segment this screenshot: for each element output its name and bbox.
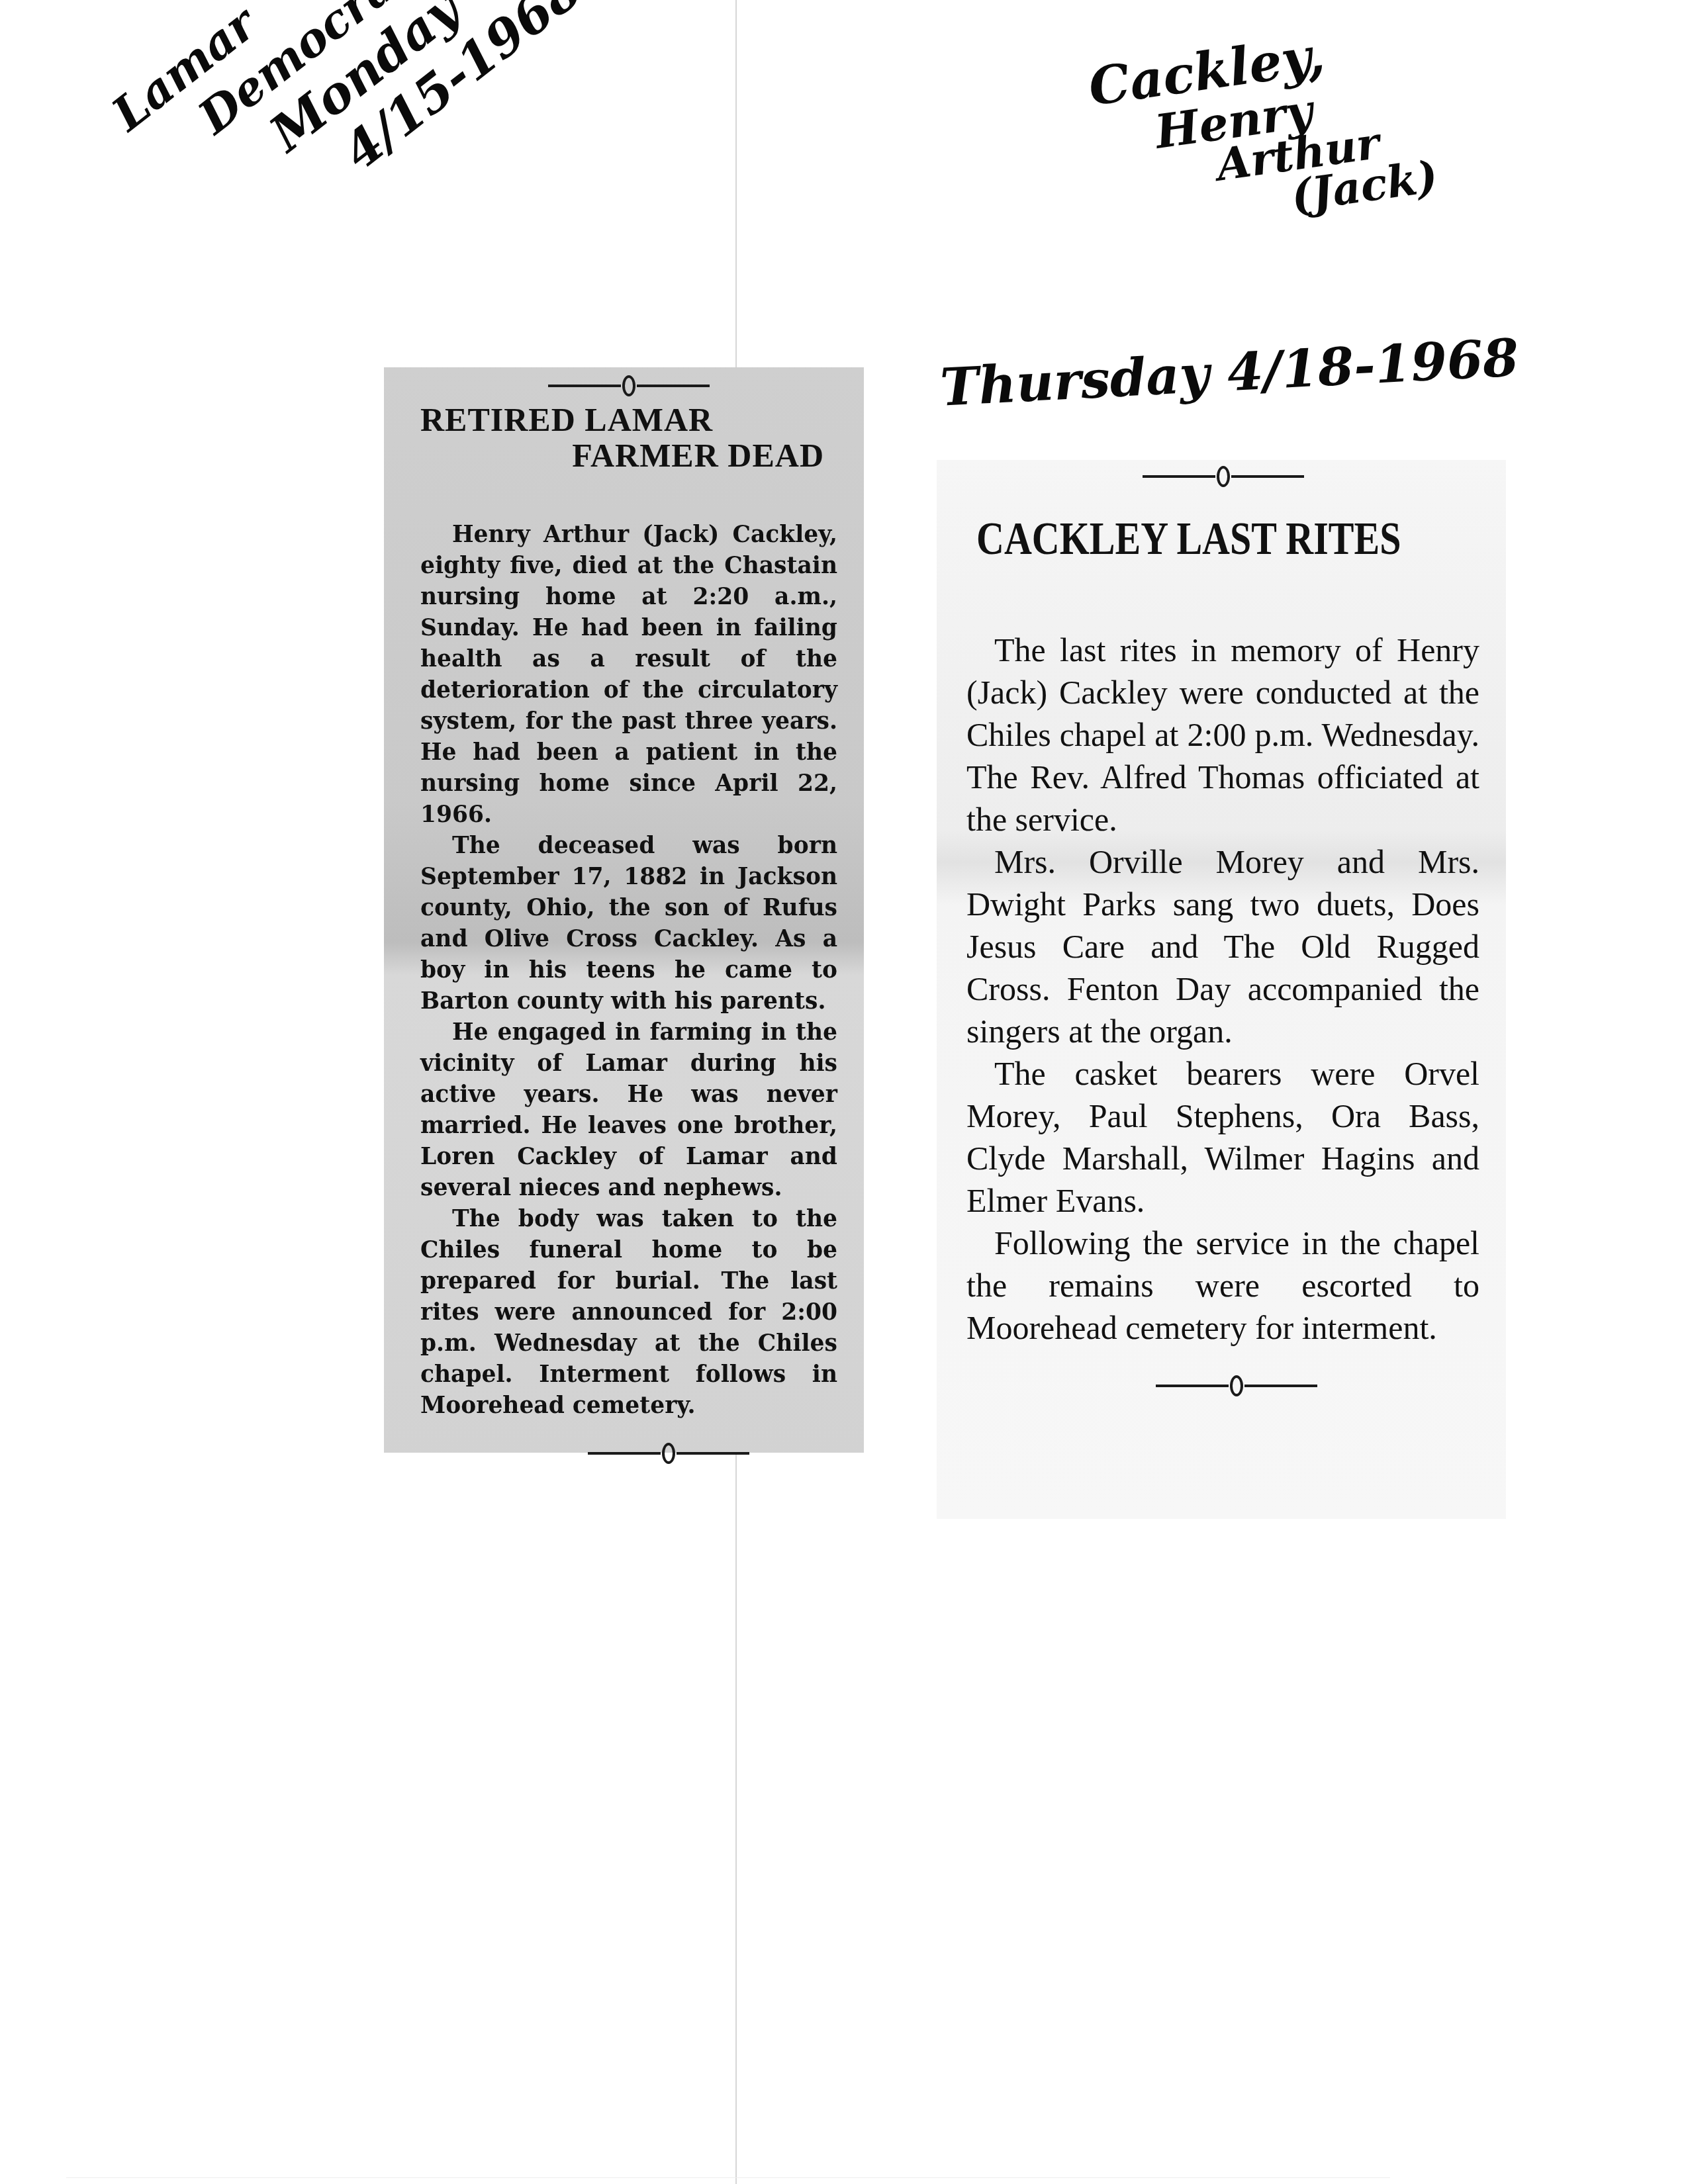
ornament-divider-icon xyxy=(500,1440,837,1467)
clipping-headline: Retired Lamar Farmer Dead xyxy=(420,402,837,473)
clipping-body: The last rites in memory of Henry (Jack)… xyxy=(966,629,1479,1349)
headline-line-2: Farmer Dead xyxy=(420,437,837,473)
ornament-divider-icon xyxy=(993,1373,1479,1399)
paragraph: The casket bearers were Orvel Morey, Pau… xyxy=(966,1052,1479,1222)
paragraph: Mrs. Orville Morey and Mrs. Dwight Parks… xyxy=(966,841,1479,1052)
headline-line-1: Retired Lamar xyxy=(420,401,713,438)
handwritten-date-note: Thursday 4/18-1968 xyxy=(939,332,1521,414)
paragraph: Following the service in the chapel the … xyxy=(966,1222,1479,1349)
handwritten-name-note: Cackley, Henry Arthur (Jack) xyxy=(1086,17,1440,244)
paragraph: The last rites in memory of Henry (Jack)… xyxy=(966,629,1479,841)
ornament-divider-icon xyxy=(420,373,837,399)
scan-edge xyxy=(66,2177,1390,2178)
clipping-body: Henry Arthur (Jack) Cackley, eighty five… xyxy=(420,520,837,1422)
paragraph: The deceased was born September 17, 1882… xyxy=(420,831,837,1017)
paragraph: He engaged in farming in the vicinity of… xyxy=(420,1017,837,1204)
ornament-divider-icon xyxy=(966,463,1479,490)
last-rites-clipping: Cackley Last Rites The last rites in mem… xyxy=(937,460,1506,1519)
paragraph: Henry Arthur (Jack) Cackley, eighty five… xyxy=(420,520,837,831)
obituary-clipping: Retired Lamar Farmer Dead Henry Arthur (… xyxy=(384,367,864,1453)
handwritten-source-note: Lamar Democrat Monday 4/15-1968 xyxy=(99,0,596,287)
clipping-headline: Cackley Last Rites xyxy=(976,514,1479,565)
paragraph: The body was taken to the Chiles funeral… xyxy=(420,1204,837,1422)
